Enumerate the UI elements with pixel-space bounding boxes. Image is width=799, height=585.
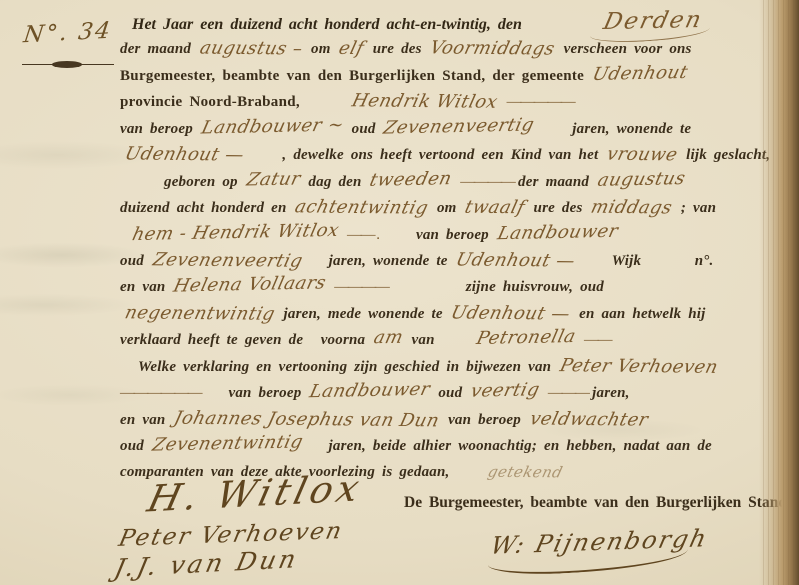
handwritten-entry: middags	[588, 195, 675, 222]
printed-form-text: Het Jaar een duizend acht honderd acht-e…	[132, 16, 522, 33]
handwritten-entry: Zevenentwintig	[149, 429, 305, 459]
act-line: —————— van beroep Landbouwer oud veertig…	[120, 379, 780, 405]
printed-form-text: n°.	[695, 253, 714, 269]
printed-form-text: om	[437, 200, 457, 216]
ink-dash: —— .	[347, 227, 379, 243]
printed-form-text: van beroep	[229, 385, 302, 401]
handwritten-entry: Zevenenveertig	[381, 112, 537, 142]
act-line: der maand augustus – om elf ure des Voor…	[120, 35, 780, 61]
printed-form-text: der maand	[120, 41, 191, 57]
printed-form-text: der maand	[518, 174, 589, 190]
handwritten-entry: Derden	[601, 7, 706, 36]
officiant-title: De Burgemeester, beambte van den Burgerl…	[404, 494, 791, 512]
handwritten-entry: augustus –	[197, 36, 306, 64]
act-number: N°. 34	[22, 18, 113, 49]
printed-form-text: zijne huisvrouw, oud	[466, 279, 604, 295]
handwritten-entry: Petronella	[474, 324, 579, 353]
handwritten-entry: vrouwe	[604, 142, 680, 169]
printed-form-text: jaren, wonende te	[329, 253, 448, 269]
printed-form-text: ; van	[681, 200, 716, 216]
printed-form-text: Burgemeester, beambte van den Burgerlijk…	[120, 68, 584, 84]
act-line: oud Zevenentwintig jaren, beide alhier w…	[120, 432, 780, 458]
handwritten-entry: getekend	[485, 459, 566, 486]
act-line: Welke verklaring en vertooning zijn gesc…	[120, 353, 780, 379]
printed-form-text: jaren,	[592, 385, 629, 401]
handwritten-entry: Udenhout	[590, 60, 691, 88]
act-line: en van Helena Vollaars ———— zijne huisvr…	[120, 273, 780, 299]
printed-form-text: en van	[120, 279, 165, 295]
printed-form-text: van beroep	[416, 227, 489, 243]
act-line: duizend acht honderd en achtentwintig om…	[120, 194, 780, 220]
printed-form-text: oud	[438, 385, 462, 401]
printed-form-text: van beroep	[448, 412, 521, 428]
ink-dash: —————	[507, 94, 575, 110]
handwritten-entry: Zatur	[243, 166, 302, 194]
handwritten-entry: Johannes Josephus van Dun	[171, 405, 442, 434]
handwritten-entry: am	[371, 325, 406, 352]
printed-form-text: voorna	[321, 332, 366, 348]
printed-form-text: provincie Noord-Braband,	[120, 94, 300, 110]
printed-form-text: lijk geslacht,	[686, 147, 770, 163]
printed-form-text: verscheen voor ons	[564, 41, 692, 57]
act-line: Udenhout — , dewelke ons heeft vertoond …	[120, 141, 780, 167]
printed-form-text: geboren op	[164, 174, 238, 190]
handwritten-entry: tweeden	[367, 166, 455, 194]
printed-form-text: jaren, wonende te	[572, 121, 691, 137]
printed-form-text: van	[412, 332, 435, 348]
act-lines: Het Jaar een duizend acht honderd acht-e…	[120, 9, 780, 485]
printed-form-text: duizend acht honderd en	[120, 200, 287, 216]
handwritten-entry: Udenhout —	[122, 142, 247, 170]
printed-form-text: van beroep	[120, 121, 193, 137]
ink-dash: ——————	[120, 385, 201, 401]
printed-form-text: jaren, mede wonende te	[284, 306, 443, 322]
act-line: van beroep Landbouwer ~ oud Zevenenveert…	[120, 115, 780, 141]
printed-form-text: oud	[120, 438, 144, 454]
ink-dash: ————	[460, 174, 514, 190]
printed-form-text: oud	[120, 253, 144, 269]
act-line: hem - Hendrik Witlox —— . van beroep Lan…	[120, 221, 780, 247]
handwritten-entry: veldwachter	[527, 406, 651, 434]
handwritten-entry: Udenhout —	[453, 247, 578, 275]
printed-form-text: Welke verklaring en vertooning zijn gesc…	[138, 359, 551, 375]
signature-witness-1: Peter Verhoeven	[116, 518, 345, 552]
handwritten-entry: Hendrik Witlox	[349, 89, 500, 117]
act-line: Burgemeester, beambte van den Burgerlijk…	[120, 62, 780, 88]
ink-dash: ————	[334, 279, 388, 295]
printed-form-text: oud	[352, 121, 376, 137]
ink-dash: ——	[584, 332, 611, 348]
act-line: en van Johannes Josephus van Dun van ber…	[120, 406, 780, 432]
birth-record-page: N°. 34 Het Jaar een duizend acht honderd…	[0, 0, 799, 585]
printed-form-text: ure des	[373, 41, 422, 57]
printed-form-text: verklaard heeft te geven de	[120, 332, 303, 348]
act-line: provincie Noord-Braband, Hendrik Witlox …	[120, 88, 780, 114]
book-page-edge	[759, 0, 799, 585]
printed-form-text: dag den	[308, 174, 361, 190]
handwritten-entry: elf	[336, 36, 367, 63]
ink-dash: ———	[548, 385, 589, 401]
printed-form-text: Wijk	[612, 253, 641, 269]
printed-form-text: om	[311, 41, 331, 57]
handwritten-entry: Landbouwer	[307, 377, 433, 406]
printed-form-text: jaren, beide alhier woonachtig; en hebbe…	[329, 438, 712, 454]
act-line: oud Zevenenveertig jaren, wonende te Ude…	[120, 247, 780, 273]
handwritten-entry: Peter Verhoeven	[557, 353, 721, 381]
act-line: Het Jaar een duizend acht honderd acht-e…	[120, 9, 780, 35]
act-line: geboren op Zatur dag den tweeden ———— de…	[120, 168, 780, 194]
handwritten-entry: hem - Hendrik Witlox	[129, 217, 341, 248]
act-line: verklaard heeft te geven de voorna am va…	[120, 326, 780, 352]
printed-form-text: en aan hetwelk hij	[579, 306, 705, 322]
printed-form-text: , dewelke ons heeft vertoond een Kind va…	[282, 147, 598, 163]
ornament-divider	[22, 64, 114, 65]
printed-form-text: en van	[120, 412, 165, 428]
handwritten-entry: Helena Vollaars	[171, 271, 329, 301]
handwritten-entry: veertig	[468, 377, 542, 405]
act-line: negenentwintig jaren, mede wonende te Ud…	[120, 300, 780, 326]
handwritten-entry: twaalf	[462, 195, 528, 222]
handwritten-entry: Voormiddags	[427, 36, 558, 64]
handwritten-entry: augustus	[595, 166, 688, 194]
handwritten-entry: Landbouwer ~	[198, 112, 346, 141]
printed-form-text: ure des	[534, 200, 583, 216]
handwritten-entry: negenentwintig	[122, 300, 278, 328]
handwritten-entry: Landbouwer	[494, 218, 620, 247]
